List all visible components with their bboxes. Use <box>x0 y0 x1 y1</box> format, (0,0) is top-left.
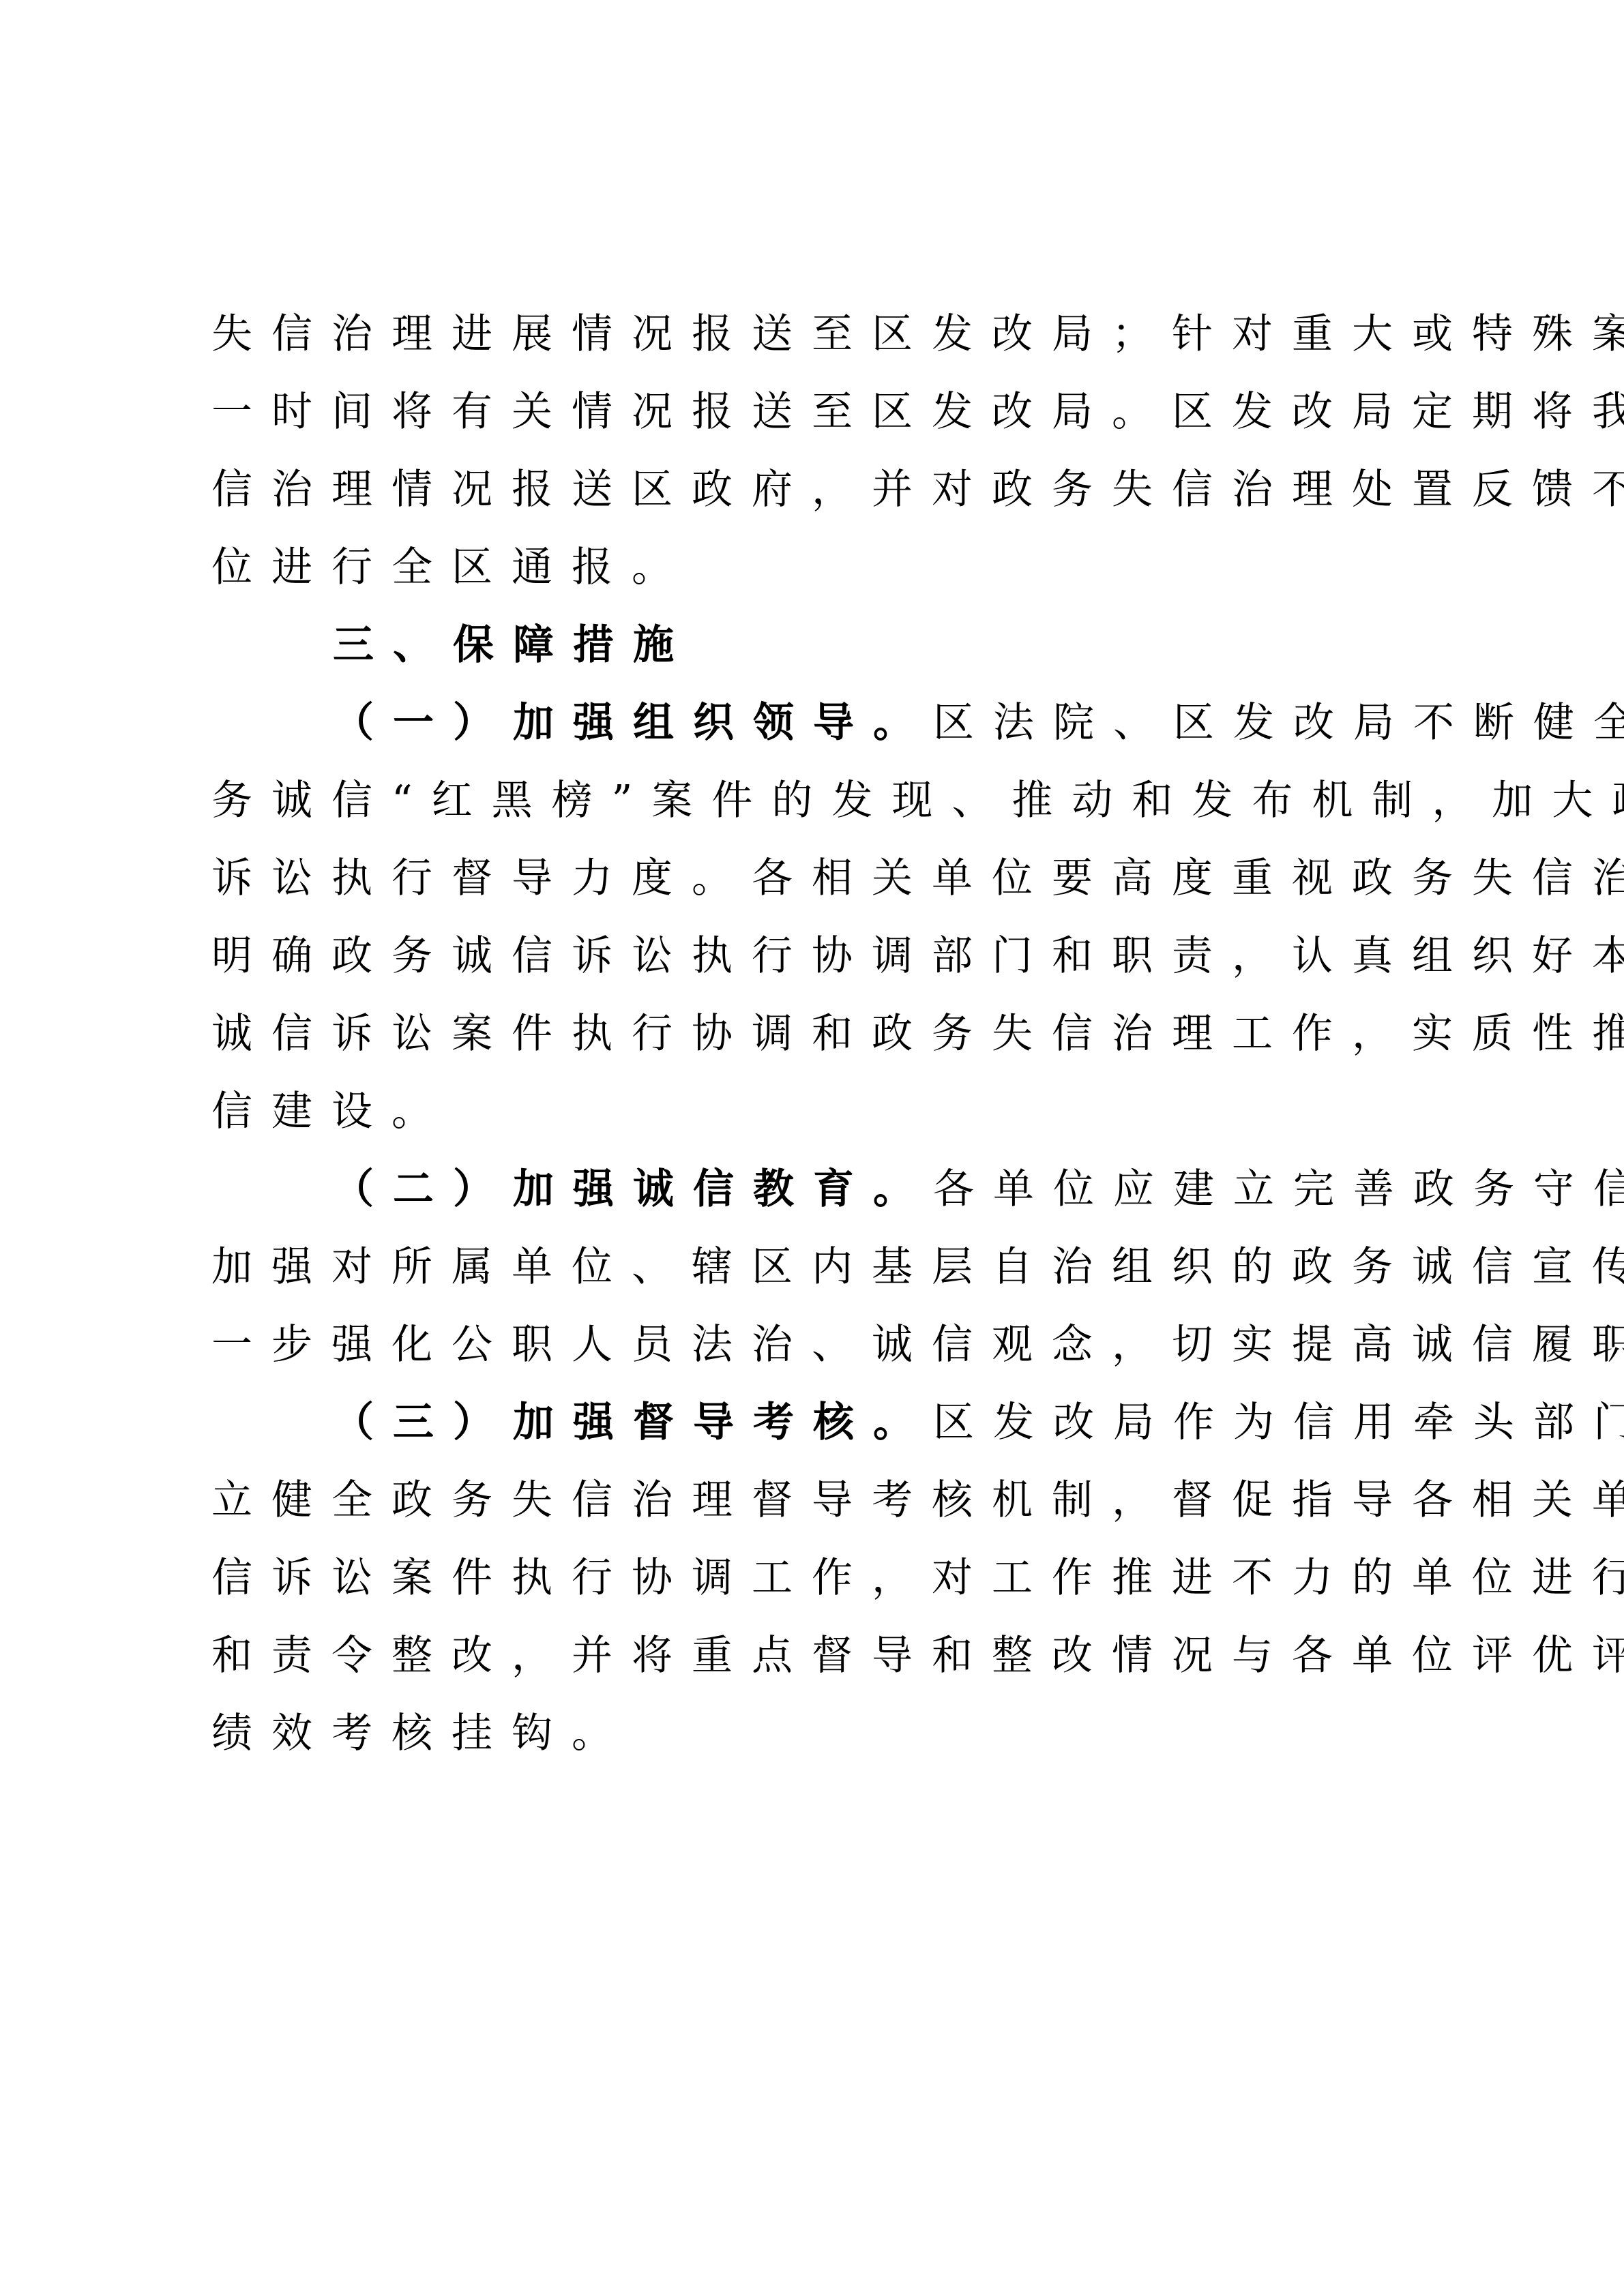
text-line: 信建设。 <box>211 1073 1423 1150</box>
text-line: 诚信诉讼案件执行协调和政务失信治理工作，实质性推动政务诚 <box>211 995 1423 1073</box>
text-line: 诉讼执行督导力度。各相关单位要高度重视政务失信治理工作， <box>211 839 1423 917</box>
measure-text: 区发改局作为信用牵头部门进一步建 <box>933 1399 1624 1446</box>
measure-integrity-education: （二）加强诚信教育。各单位应建立完善政务守信践诺机制， 加强对所属单位、辖区内基… <box>211 1150 1423 1384</box>
text-line: 务诚信“红黑榜”案件的发现、推动和发布机制，加大政务诚信 <box>211 762 1423 839</box>
measure-first-line: （二）加强诚信教育。各单位应建立完善政务守信践诺机制， <box>211 1150 1423 1228</box>
document-page: 失信治理进展情况报送至区发改局；针对重大或特殊案件，应第 一时间将有关情况报送至… <box>0 0 1624 2296</box>
text-line: 和责令整改，并将重点督导和整改情况与各单位评优评先和年度 <box>211 1617 1423 1695</box>
measure-supervision-assessment: （三）加强督导考核。区发改局作为信用牵头部门进一步建 立健全政务失信治理督导考核… <box>211 1384 1423 1772</box>
text-line: 明确政务诚信诉讼执行协调部门和职责，认真组织好本单位政务 <box>211 917 1423 995</box>
measure-title: （二）加强诚信教育。 <box>333 1165 933 1213</box>
text-line: 加强对所属单位、辖区内基层自治组织的政务诚信宣传教育，进 <box>211 1228 1423 1306</box>
text-line: 一时间将有关情况报送至区发改局。区发改局定期将我区政务失 <box>211 373 1423 451</box>
section-heading-block: 三、保障措施 <box>211 606 1423 684</box>
measure-first-line: （一）加强组织领导。区法院、区发改局不断健全完善涉政 <box>211 684 1423 762</box>
text-line: 位进行全区通报。 <box>211 528 1423 606</box>
measure-first-line: （三）加强督导考核。区发改局作为信用牵头部门进一步建 <box>211 1384 1423 1461</box>
text-line: 绩效考核挂钩。 <box>211 1695 1423 1772</box>
text-line: 立健全政务失信治理督导考核机制，督促指导各相关单位政务诚 <box>211 1461 1423 1539</box>
section-heading: 三、保障措施 <box>211 606 1423 684</box>
continuation-paragraph: 失信治理进展情况报送至区发改局；针对重大或特殊案件，应第 一时间将有关情况报送至… <box>211 295 1423 606</box>
measure-title: （三）加强督导考核。 <box>333 1399 933 1446</box>
measure-organization-leadership: （一）加强组织领导。区法院、区发改局不断健全完善涉政 务诚信“红黑榜”案件的发现… <box>211 684 1423 1150</box>
measure-title: （一）加强组织领导。 <box>333 699 933 747</box>
text-line: 信诉讼案件执行协调工作，对工作推进不力的单位进行重点督导 <box>211 1539 1423 1617</box>
measure-text: 各单位应建立完善政务守信践诺机制， <box>933 1165 1624 1213</box>
document-body: 失信治理进展情况报送至区发改局；针对重大或特殊案件，应第 一时间将有关情况报送至… <box>211 295 1423 1772</box>
text-line: 信治理情况报送区政府，并对政务失信治理处置反馈不及时的单 <box>211 451 1423 528</box>
measure-text: 区法院、区发改局不断健全完善涉政 <box>933 699 1624 747</box>
text-line: 一步强化公职人员法治、诚信观念，切实提高诚信履职意识。 <box>211 1306 1423 1384</box>
text-line: 失信治理进展情况报送至区发改局；针对重大或特殊案件，应第 <box>211 295 1423 373</box>
